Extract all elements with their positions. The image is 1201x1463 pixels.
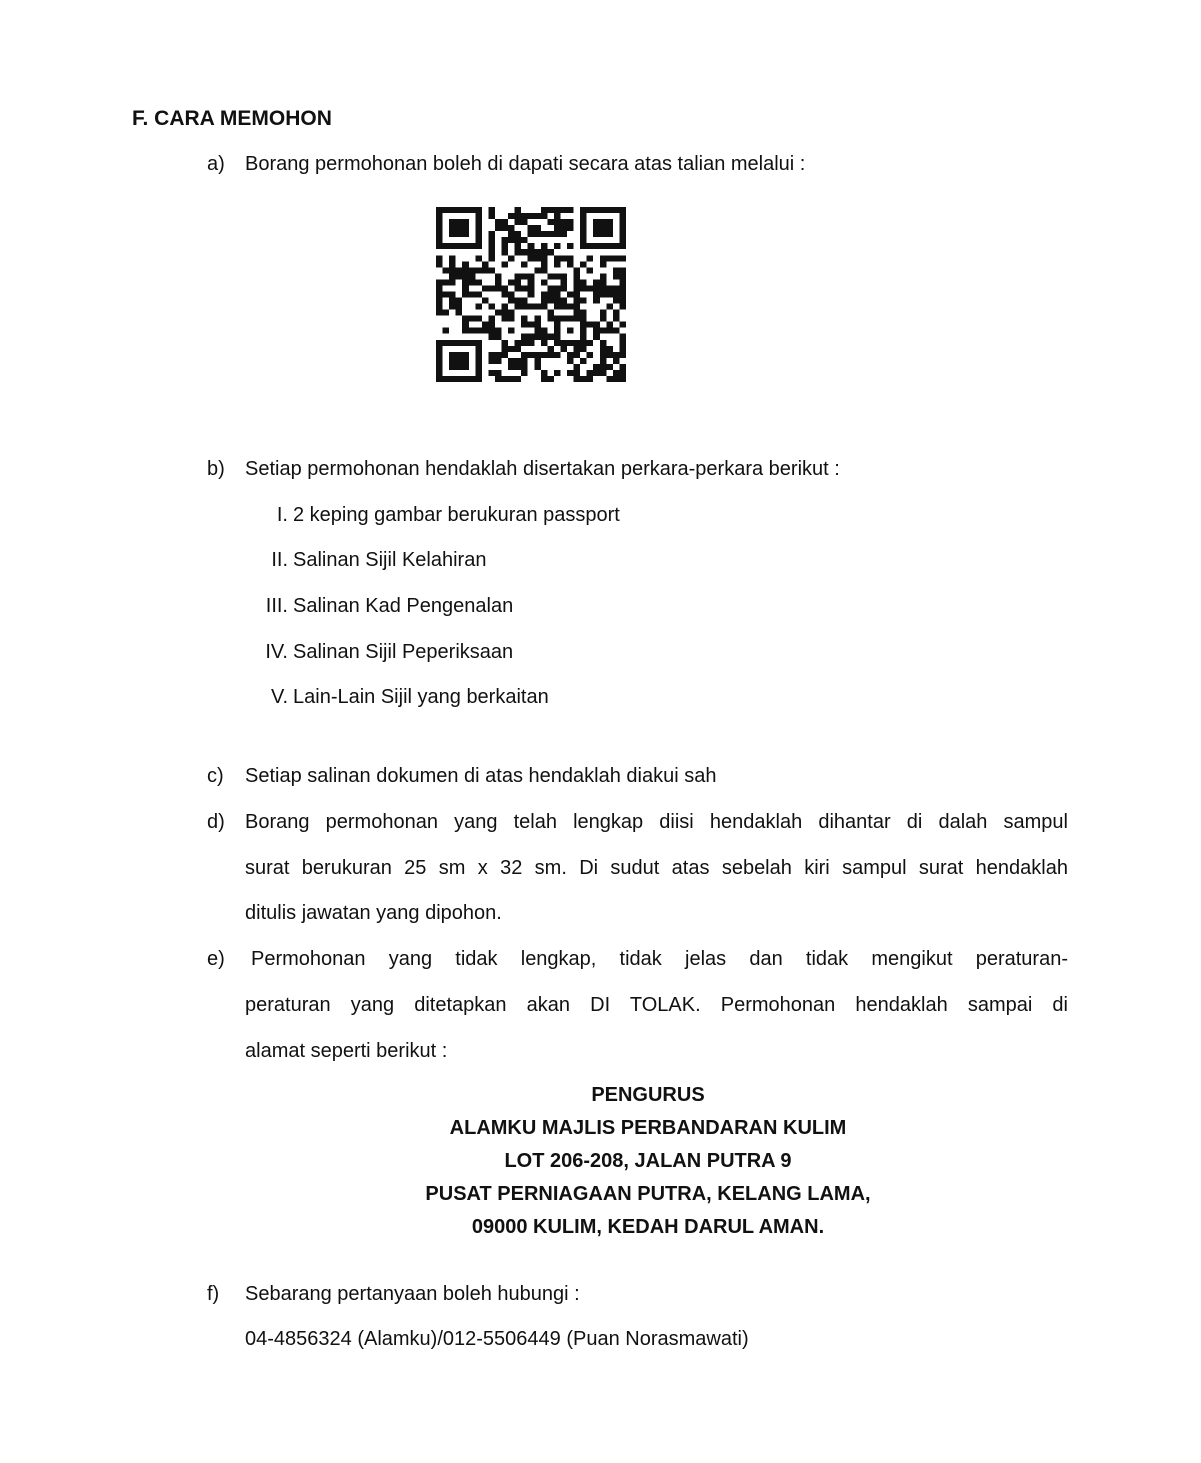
item-e-line-3: alamat seperti berikut :: [245, 1040, 447, 1063]
item-d-line-1: Borang permohonan yang telah lengkap dii…: [245, 811, 1068, 834]
address-line: PUSAT PERNIAGAAN PUTRA, KELANG LAMA,: [0, 1183, 1201, 1206]
list-item-number: III.: [266, 595, 288, 618]
qr-code[interactable]: [436, 207, 626, 382]
item-c-label: c): [207, 765, 224, 788]
document-page: F. CARA MEMOHON a) Borang permohonan bol…: [0, 0, 1201, 1463]
item-d-line-2: surat berukuran 25 sm x 32 sm. Di sudut …: [245, 857, 1068, 880]
item-d-line-3: ditulis jawatan yang dipohon.: [245, 902, 502, 925]
address-line: 09000 KULIM, KEDAH DARUL AMAN.: [0, 1216, 1201, 1239]
address-line: PENGURUS: [0, 1084, 1201, 1107]
list-item-number: I.: [277, 504, 288, 527]
list-item-text: Salinan Sijil Peperiksaan: [293, 641, 513, 664]
list-item-number: V.: [271, 686, 288, 709]
list-item-text: Salinan Kad Pengenalan: [293, 595, 513, 618]
item-c-text: Setiap salinan dokumen di atas hendaklah…: [245, 765, 716, 788]
item-e-line-2: peraturan yang ditetapkan akan DI TOLAK.…: [245, 994, 1068, 1017]
list-item-text: 2 keping gambar berukuran passport: [293, 504, 620, 527]
item-d-label: d): [207, 811, 225, 834]
list-item-number: IV.: [265, 641, 288, 664]
list-item-text: Lain-Lain Sijil yang berkaitan: [293, 686, 549, 709]
section-heading: F. CARA MEMOHON: [132, 107, 332, 131]
contact-numbers: 04-4856324 (Alamku)/012-5506449 (Puan No…: [245, 1328, 749, 1351]
item-e-label: e): [207, 948, 225, 971]
item-e-line-1: Permohonan yang tidak lengkap, tidak jel…: [251, 948, 1068, 971]
list-item-text: Salinan Sijil Kelahiran: [293, 549, 486, 572]
item-a-label: a): [207, 153, 225, 176]
item-b-text: Setiap permohonan hendaklah disertakan p…: [245, 458, 840, 481]
item-f-text: Sebarang pertanyaan boleh hubungi :: [245, 1283, 580, 1306]
item-a-text: Borang permohonan boleh di dapati secara…: [245, 153, 805, 176]
item-f-label: f): [207, 1283, 219, 1306]
item-b-label: b): [207, 458, 225, 481]
address-line: ALAMKU MAJLIS PERBANDARAN KULIM: [0, 1117, 1201, 1140]
address-line: LOT 206-208, JALAN PUTRA 9: [0, 1150, 1201, 1173]
list-item-number: II.: [271, 549, 288, 572]
